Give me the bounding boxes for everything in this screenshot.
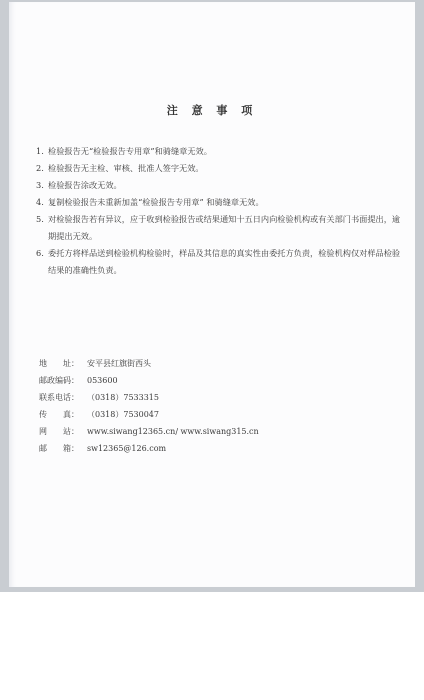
- contact-label: 传 真：: [39, 406, 87, 423]
- note-item: 3. 检验报告涂改无效。: [36, 177, 406, 194]
- note-text: 对检验报告若有异议，应于收到检验报告或结果通知十五日内向检验机构或有关部门书面提…: [48, 211, 406, 245]
- note-item: 4. 复制检验报告未重新加盖“检验报告专用章” 和骑缝章无效。: [36, 194, 406, 211]
- note-text: 委托方将样品送到检验机构检验时，样品及其信息的真实性由委托方负责，检验机构仅对样…: [48, 245, 406, 279]
- contact-value: 053600: [87, 372, 118, 389]
- note-number: 5.: [36, 211, 48, 245]
- note-number: 1.: [36, 143, 48, 160]
- contact-email: 邮 箱： sw12365@126.com: [39, 440, 259, 457]
- contact-postcode: 邮政编码： 053600: [39, 372, 259, 389]
- note-text: 检验报告无主检、审核、批准人签字无效。: [48, 160, 406, 177]
- contact-label: 地 址：: [39, 355, 87, 372]
- note-item: 2. 检验报告无主检、审核、批准人签字无效。: [36, 160, 406, 177]
- note-text: 检验报告无“检验报告专用章”和骑缝章无效。: [48, 143, 406, 160]
- document-page: 注 意 事 项 1. 检验报告无“检验报告专用章”和骑缝章无效。 2. 检验报告…: [9, 2, 415, 587]
- contact-fax: 传 真： （0318）7530047: [39, 406, 259, 423]
- note-number: 3.: [36, 177, 48, 194]
- contact-label: 邮 箱：: [39, 440, 87, 457]
- contact-value: （0318）7533315: [87, 389, 159, 406]
- note-number: 4.: [36, 194, 48, 211]
- note-item: 5. 对检验报告若有异议，应于收到检验报告或结果通知十五日内向检验机构或有关部门…: [36, 211, 406, 245]
- contact-value: （0318）7530047: [87, 406, 159, 423]
- contact-label: 邮政编码：: [39, 372, 87, 389]
- contact-website: 网 站： www.siwang12365.cn/ www.siwang315.c…: [39, 423, 259, 440]
- contact-info: 地 址： 安平县红旗街西头 邮政编码： 053600 联系电话： （0318）7…: [39, 355, 259, 457]
- page-title: 注 意 事 项: [9, 102, 415, 118]
- notes-list: 1. 检验报告无“检验报告专用章”和骑缝章无效。 2. 检验报告无主检、审核、批…: [36, 143, 406, 279]
- contact-label: 网 站：: [39, 423, 87, 440]
- contact-value: 安平县红旗街西头: [87, 355, 151, 372]
- note-item: 1. 检验报告无“检验报告专用章”和骑缝章无效。: [36, 143, 406, 160]
- note-text: 检验报告涂改无效。: [48, 177, 406, 194]
- note-item: 6. 委托方将样品送到检验机构检验时，样品及其信息的真实性由委托方负责，检验机构…: [36, 245, 406, 279]
- note-number: 6.: [36, 245, 48, 279]
- note-text: 复制检验报告未重新加盖“检验报告专用章” 和骑缝章无效。: [48, 194, 406, 211]
- scanned-page-background: 注 意 事 项 1. 检验报告无“检验报告专用章”和骑缝章无效。 2. 检验报告…: [0, 0, 424, 592]
- note-number: 2.: [36, 160, 48, 177]
- contact-value: www.siwang12365.cn/ www.siwang315.cn: [87, 423, 259, 440]
- contact-label: 联系电话：: [39, 389, 87, 406]
- contact-phone: 联系电话： （0318）7533315: [39, 389, 259, 406]
- contact-address: 地 址： 安平县红旗街西头: [39, 355, 259, 372]
- contact-value: sw12365@126.com: [87, 440, 166, 457]
